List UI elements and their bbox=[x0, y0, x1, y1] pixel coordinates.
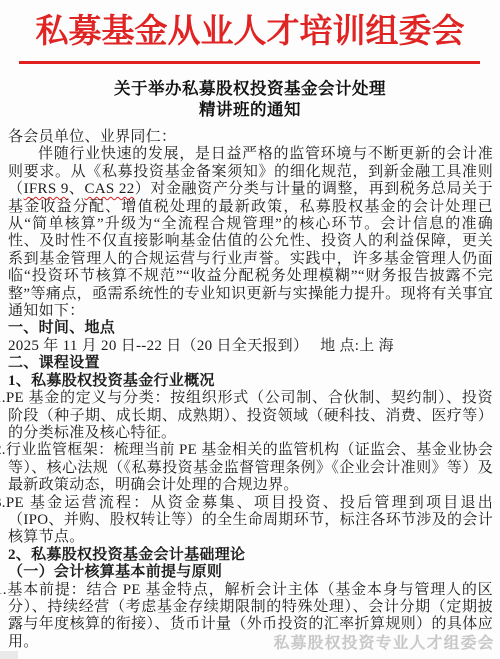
notice-title: 关于举办私募股权投资基金会计处理 精讲班的通知 bbox=[0, 79, 500, 120]
course-item-2-text: 行业监管框架：梳理当前 PE 基金相关的监管机构（证监会、基金业协会等）、核心法… bbox=[6, 442, 493, 493]
section-2-heading: 二、课程设置 bbox=[8, 355, 493, 372]
notice-body: 各会员单位、业界同仁： 伴随行业快速的发展，是日益严格的监管环境与不断更新的会计… bbox=[0, 120, 500, 651]
course-topic-2-item-1: 1.基本前提：结合 PE 基金特点，解析会计主体（基金本身与管理人的区分）、持续… bbox=[8, 582, 493, 652]
course-topic-2-item-1-number: 1. bbox=[0, 582, 7, 598]
notice-title-line1: 关于举办私募股权投资基金会计处理 bbox=[0, 79, 500, 100]
course-topic-2-subheading: （一）会计核算基本前提与原则 bbox=[8, 564, 493, 581]
course-item-1: 1.PE 基金的定义与分类：按组织形式（公司制、合伙制、契约制）、投资阶段（种子… bbox=[8, 390, 493, 442]
scan-artifact bbox=[0, 651, 18, 659]
course-item-3-text: PE 基金运营流程：从资金募集、项目投资、投后管理到项目退出（IPO、并购、股权… bbox=[6, 495, 493, 546]
letterhead-title: 私募基金从业人才培训组委会 bbox=[10, 10, 490, 54]
course-item-3: 3.PE 基金运营流程：从资金募集、项目投资、投后管理到项目退出（IPO、并购、… bbox=[8, 495, 493, 547]
letterhead-divider bbox=[19, 61, 480, 64]
intro-paragraph: 伴随行业快速的发展，是日益严格的监管环境与不断更新的会计准则要求。从《私募投资基… bbox=[8, 146, 493, 320]
notice-document: 私募基金从业人才培训组委会 关于举办私募股权投资基金会计处理 精讲班的通知 各会… bbox=[0, 0, 500, 659]
course-item-1-text: PE 基金的定义与分类：按组织形式（公司制、合伙制、契约制）、投资阶段（种子期、… bbox=[6, 390, 493, 441]
course-topic-1-heading: 1、私募股权投资基金行业概况 bbox=[8, 373, 493, 390]
section-1-heading: 一、时间、地点 bbox=[8, 320, 493, 337]
course-topic-2-item-1-text: 基本前提：结合 PE 基金特点，解析会计主体（基金本身与管理人的区分）、持续经营… bbox=[7, 582, 493, 650]
intro-separator: 、 bbox=[69, 181, 85, 197]
term-ifrs9: IFRS 9 bbox=[24, 181, 69, 197]
course-topic-2-heading: 2、私募股权投资基金会计基础理论 bbox=[8, 547, 493, 564]
notice-title-line2: 精讲班的通知 bbox=[0, 100, 500, 121]
salutation: 各会员单位、业界同仁： bbox=[8, 129, 493, 146]
intro-text-after: ）对金融资产分类与计量的调整，再到税务总局关于基金收益分配、增值税处理的最新政策… bbox=[8, 181, 493, 319]
course-item-2: 2.行业监管框架：梳理当前 PE 基金相关的监管机构（证监会、基金业协会等）、核… bbox=[8, 442, 493, 494]
term-cas22: CAS 22 bbox=[85, 181, 135, 197]
section-1-time-location: 2025 年 11 月 20 日--22 日（20 日全天报到） 地 点:上 海 bbox=[8, 338, 493, 355]
